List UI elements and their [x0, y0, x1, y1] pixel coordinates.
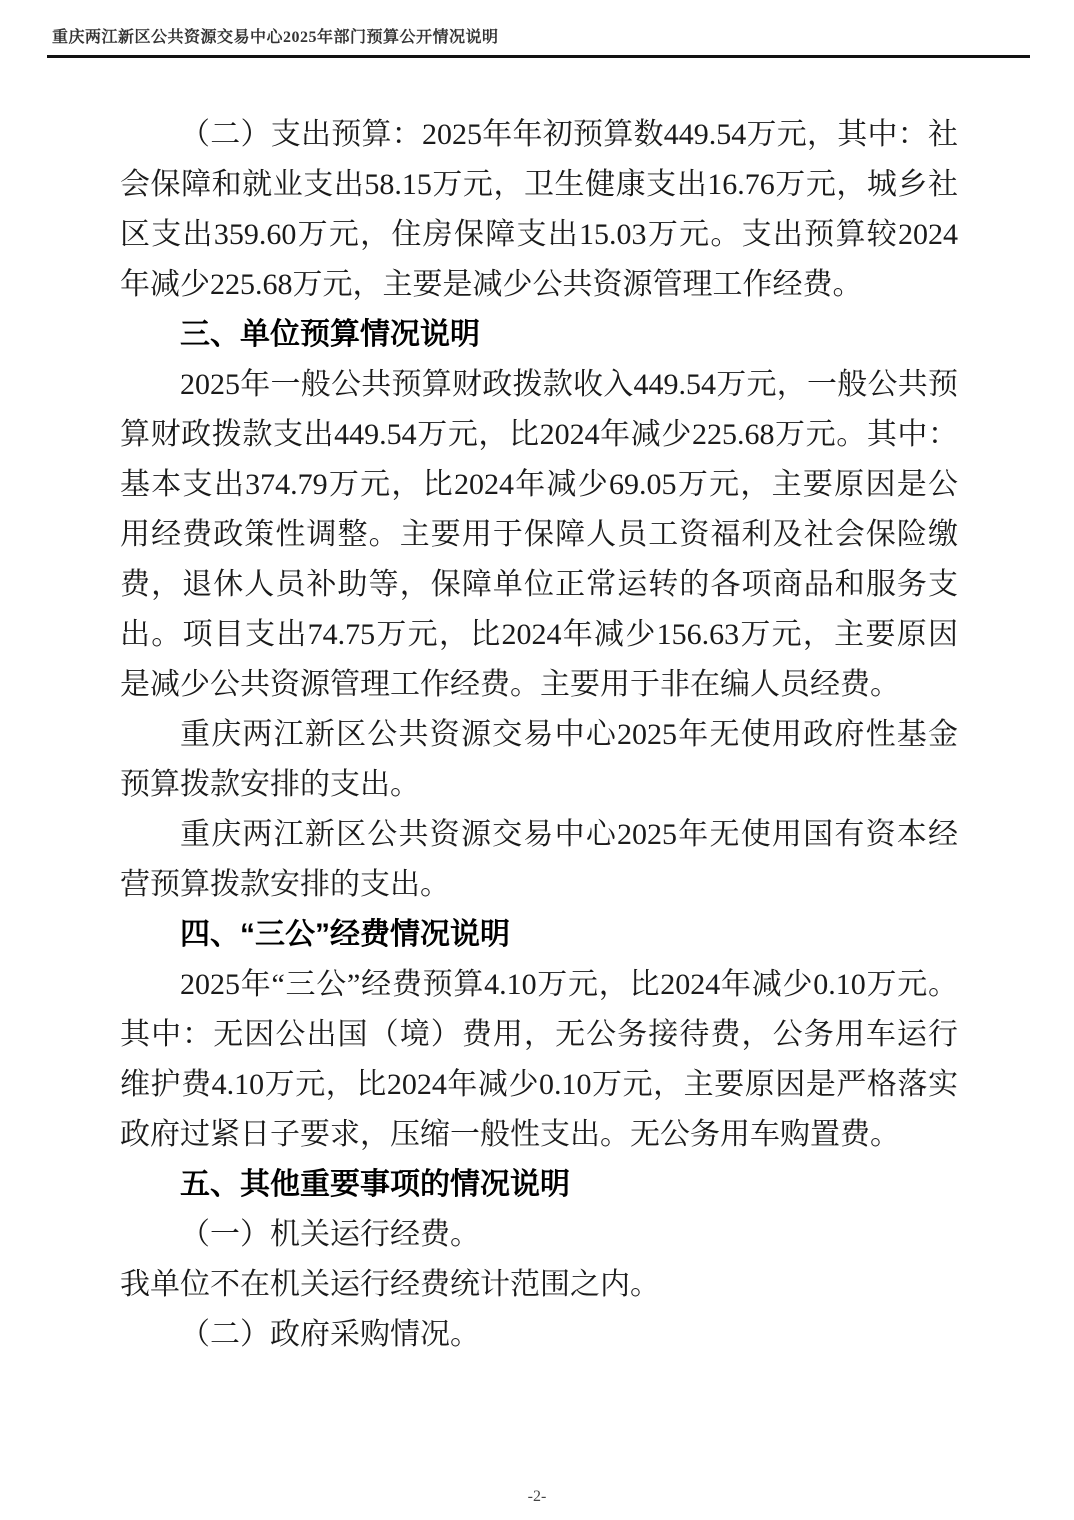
page-header: 重庆两江新区公共资源交易中心2025年部门预算公开情况说明 [47, 28, 1030, 58]
paragraph-no-state-capital-budget: 重庆两江新区公共资源交易中心2025年无使用国有资本经营预算拨款安排的支出。 [120, 810, 958, 910]
heading-section-3-unit-budget: 三、单位预算情况说明 [120, 310, 958, 360]
paragraph-general-public-budget: 2025年一般公共预算财政拨款收入449.54万元，一般公共预算财政拨款支出44… [120, 360, 958, 710]
page-footer: -2- [0, 1488, 1074, 1506]
heading-section-4-three-public-expenses: 四、“三公”经费情况说明 [120, 910, 958, 960]
page-number: -2- [528, 1488, 547, 1505]
subheading-1-agency-operating-funds: （一）机关运行经费。 [120, 1210, 958, 1260]
paragraph-not-in-statistics-scope: 我单位不在机关运行经费统计范围之内。 [120, 1260, 958, 1310]
paragraph-no-government-fund-budget: 重庆两江新区公共资源交易中心2025年无使用政府性基金预算拨款安排的支出。 [120, 710, 958, 810]
document-body: （二）支出预算：2025年年初预算数449.54万元，其中：社会保障和就业支出5… [120, 110, 958, 1360]
subheading-2-government-procurement: （二）政府采购情况。 [120, 1310, 958, 1360]
paragraph-expenditure-budget: （二）支出预算：2025年年初预算数449.54万元，其中：社会保障和就业支出5… [120, 110, 958, 310]
heading-section-5-other-important-items: 五、其他重要事项的情况说明 [120, 1160, 958, 1210]
document-page: 重庆两江新区公共资源交易中心2025年部门预算公开情况说明 （二）支出预算：20… [0, 0, 1074, 1520]
paragraph-three-public-expenses-detail: 2025年“三公”经费预算4.10万元，比2024年减少0.10万元。其中：无因… [120, 960, 958, 1160]
document-header-title: 重庆两江新区公共资源交易中心2025年部门预算公开情况说明 [47, 28, 1030, 48]
